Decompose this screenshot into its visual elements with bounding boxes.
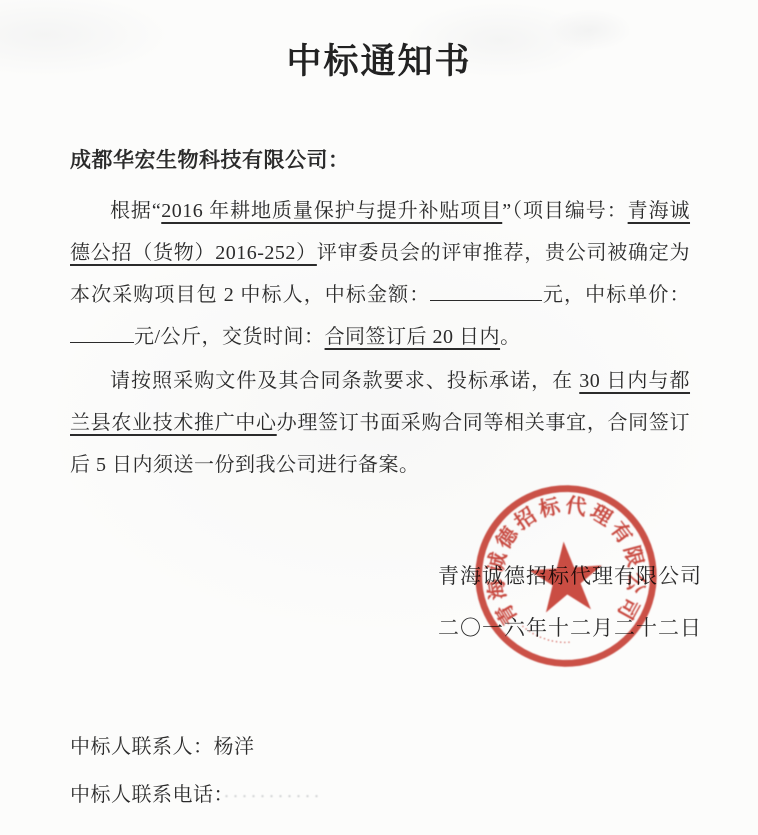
contact-phone-redacted: ··········· <box>224 789 323 805</box>
p1-lead: 根据“ <box>110 200 161 222</box>
contact-person-label: 中标人联系人： <box>70 736 214 758</box>
p1-price-unit: 元/公斤，交货时间： <box>134 326 325 348</box>
document-page: 中标通知书 成都华宏生物科技有限公司： 根据“2016 年耕地质量保护与提升补贴… <box>0 0 758 835</box>
contact-person-name: 杨洋 <box>214 736 255 758</box>
paragraph-contract: 请按照采购文件及其合同条款要求、投标承诺，在 30 日内与都兰县农业技术推广中心… <box>70 360 690 486</box>
document-title: 中标通知书 <box>0 34 758 84</box>
bid-amount-blank <box>430 281 542 301</box>
addressee: 成都华宏生物科技有限公司： <box>70 144 758 174</box>
signature-company: 青海诚德招标代理有限公司 <box>438 560 702 590</box>
p2-lead: 请按照采购文件及其合同条款要求、投标承诺，在 <box>110 370 579 392</box>
delivery-time: 合同签订后 20 日内 <box>325 326 501 348</box>
p1-mid1: ”（项目编号： <box>502 200 627 222</box>
contact-person-line: 中标人联系人：杨洋 <box>70 730 323 778</box>
signature-block: 青海诚德招标代理有限公司 二〇一六年十二月二十二日 <box>438 560 702 642</box>
unit-price-blank <box>70 323 134 343</box>
paragraph-award: 根据“2016 年耕地质量保护与提升补贴项目”（项目编号：青海诚德公招（货物）2… <box>70 190 690 358</box>
p1-amount-unit: 元，中标单价： <box>542 284 690 306</box>
signature-date: 二〇一六年十二月二十二日 <box>438 612 702 642</box>
project-name: 2016 年耕地质量保护与提升补贴项目 <box>161 200 502 222</box>
contact-phone-label: 中标人联系电话： <box>70 784 224 806</box>
contacts-block: 中标人联系人：杨洋 中标人联系电话：··········· <box>70 730 323 826</box>
contact-phone-line: 中标人联系电话：··········· <box>70 778 323 826</box>
p1-period: 。 <box>500 326 521 348</box>
document-body: 根据“2016 年耕地质量保护与提升补贴项目”（项目编号：青海诚德公招（货物）2… <box>70 190 690 486</box>
